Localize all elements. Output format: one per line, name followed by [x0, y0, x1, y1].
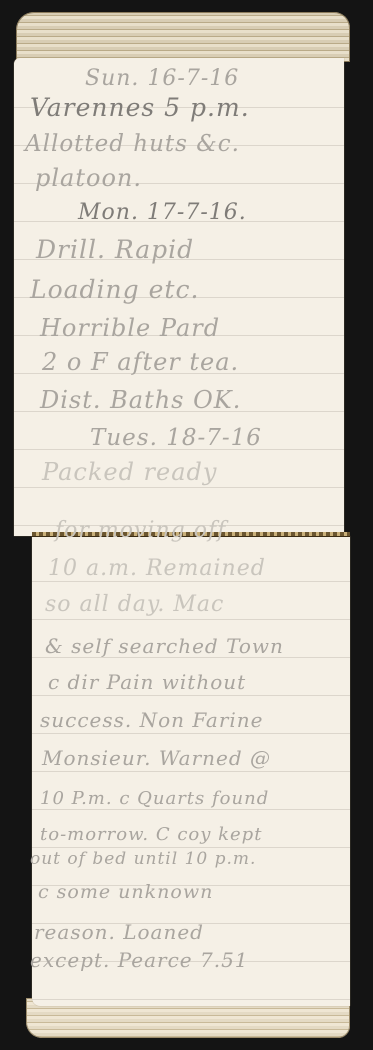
diary-line: Tues. 18-7-16 — [90, 425, 262, 451]
page-stack-top-edge — [16, 12, 350, 62]
diary-line: so all day. Mac — [45, 592, 224, 617]
diary-line: Horrible Pard — [40, 314, 220, 342]
diary-line: out of bed until 10 p.m. — [30, 849, 256, 869]
diary-line: Loading etc. — [30, 275, 199, 304]
diary-line: c dir Pain without — [48, 670, 246, 694]
diary-line: success. Non Farine — [40, 708, 264, 732]
diary-line: to-morrow. C coy kept — [40, 824, 262, 845]
diary-line: platoon. — [35, 164, 142, 192]
diary-line: 10 a.m. Remained — [48, 556, 266, 581]
diary-line: Varennes 5 p.m. — [30, 93, 250, 122]
diary-line: except. Pearce 7.51 — [30, 948, 249, 972]
diary-line: c some unknown — [38, 881, 213, 903]
diary-line: & self searched Town — [45, 634, 284, 658]
diary-line: 10 P.m. c Quarts found — [40, 788, 269, 809]
diary-line: Sun. 16-7-16 — [85, 66, 239, 91]
diary-line: Packed ready — [42, 458, 217, 486]
diary-line: Dist. Baths OK. — [40, 386, 241, 414]
diary-line: 2 o F after tea. — [42, 348, 239, 376]
diary-line: Allotted huts &c. — [25, 131, 240, 157]
diary-line: Mon. 17-7-16. — [78, 200, 247, 225]
diary-line: for moving off — [55, 518, 226, 543]
diary-line: reason. Loaned — [34, 920, 204, 944]
diary-line: Drill. Rapid — [36, 235, 194, 264]
diary-line: Monsieur. Warned @ — [42, 746, 271, 770]
